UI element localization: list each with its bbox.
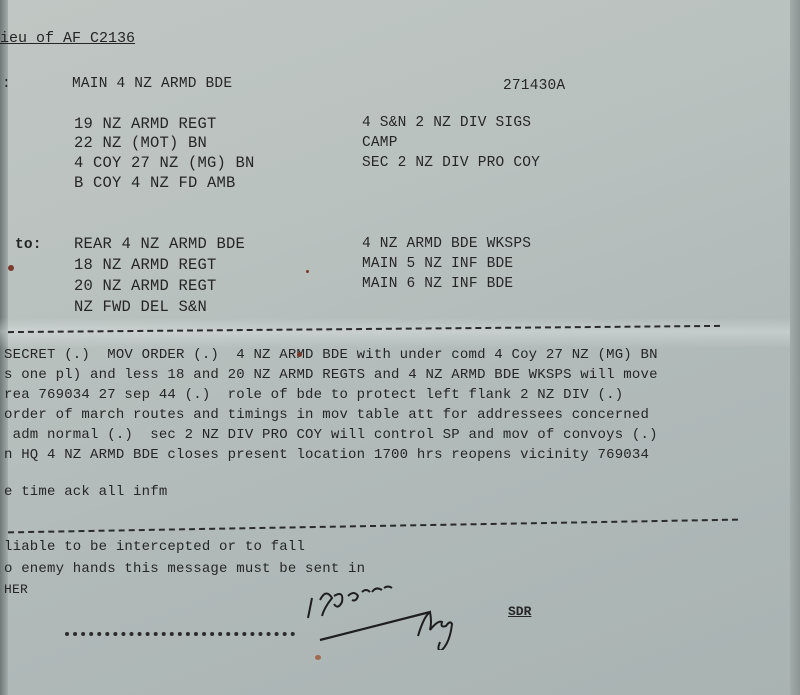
originator-block: SDR [508,604,531,619]
message-line: s one pl) and less 18 and 20 NZ ARMD REG… [4,367,658,383]
message-line: SECRET (.) MOV ORDER (.) 4 NZ ARMD BDE w… [4,347,658,363]
from-marker: : [2,76,11,92]
addressee-action: 22 NZ (MOT) BN [74,134,207,152]
addressee-info: 20 NZ ARMD REGT [74,277,217,295]
message-line: n HQ 4 NZ ARMD BDE closes present locati… [4,447,649,463]
paper-stain [8,265,14,271]
separator-dashed-line [8,519,738,534]
paper-stain [297,352,302,357]
message-line: rea 769034 27 sep 44 (.) role of bde to … [4,387,623,403]
addressee-info: 18 NZ ARMD REGT [74,256,217,274]
footer-warning-line: HER [4,582,28,597]
addressee-info: REAR 4 NZ ARMD BDE [74,235,245,253]
addressee-info: NZ FWD DEL S&N [74,298,207,316]
footer-warning-line: liable to be intercepted or to fall [4,539,305,555]
addressee-action: SEC 2 NZ DIV PRO COY [362,155,540,171]
addressee-info: MAIN 5 NZ INF BDE [362,256,513,272]
page-right-edge [790,0,800,695]
signature-dotted-line [65,632,295,636]
from-originator: MAIN 4 NZ ARMD BDE [72,76,232,92]
paper-stain [306,270,309,273]
addressee-action: CAMP [362,135,398,151]
addressee-info: 4 NZ ARMD BDE WKSPS [362,236,531,252]
date-time-group: 271430A [503,78,565,94]
message-line: adm normal (.) sec 2 NZ DIV PRO COY will… [4,427,658,443]
message-line: order of march routes and timings in mov… [4,407,649,423]
form-reference: ieu of AF C2136 [0,30,135,47]
to-label: to: [15,237,42,253]
message-line: e time ack all infm [4,484,167,500]
addressee-action: 4 S&N 2 NZ DIV SIGS [362,115,531,131]
addressee-action: 19 NZ ARMD REGT [74,115,217,133]
paper-fold-crease [0,318,790,348]
handwritten-signature [290,570,480,655]
addressee-action: 4 COY 27 NZ (MG) BN [74,154,255,172]
addressee-info: MAIN 6 NZ INF BDE [362,276,513,292]
addressee-action: B COY 4 NZ FD AMB [74,174,236,192]
paper-stain [315,655,321,660]
document-page: ieu of AF C2136 : MAIN 4 NZ ARMD BDE 271… [0,0,800,695]
